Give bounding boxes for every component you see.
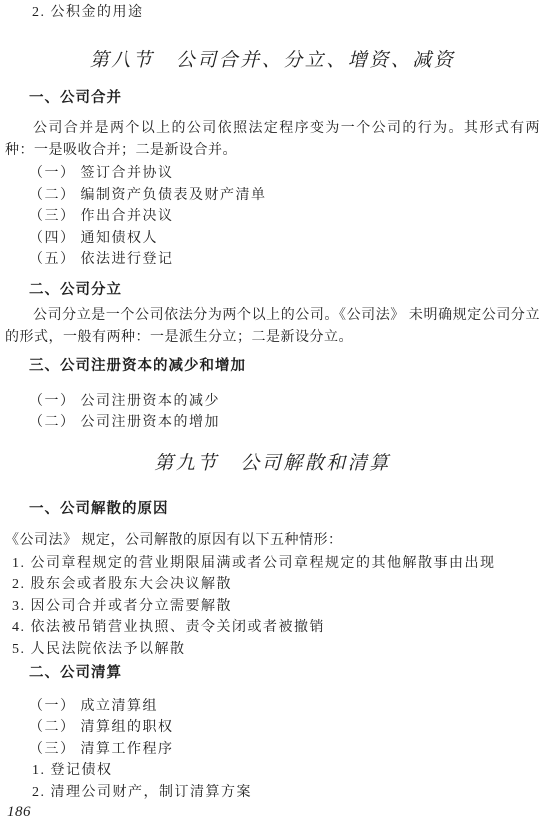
list-item: （二） 清算组的职权	[5, 717, 540, 739]
subsection-heading-dissolution: 一、公司解散的原因	[5, 499, 540, 521]
numbered-sub-item: 2. 清理公司财产，制订清算方案	[5, 782, 540, 804]
list-item: （三） 清算工作程序	[5, 739, 540, 761]
section-9-title: 第九节 公司解散和清算	[5, 451, 540, 477]
leading-list-item: 2. 公积金的用途	[5, 2, 540, 24]
liquidation-list: （一） 成立清算组 （二） 清算组的职权 （三） 清算工作程序 1. 登记债权 …	[5, 696, 540, 804]
dissolution-causes-list: 1. 公司章程规定的营业期限届满或者公司章程规定的其他解散事由出现 2. 股东会…	[5, 553, 540, 661]
subsection-heading-merger: 一、公司合并	[5, 88, 540, 110]
list-item: （一） 签订合并协议	[5, 163, 540, 185]
list-item: （五） 依法进行登记	[5, 249, 540, 271]
section-8-title: 第八节 公司合并、分立、增资、减资	[5, 48, 540, 74]
paragraph-merger: 公司合并是两个以上的公司依照法定程序变为一个公司的行为。其形式有两种：一是吸收合…	[5, 118, 540, 161]
numbered-item: 2. 股东会或者股东大会决议解散	[5, 574, 540, 596]
numbered-item: 4. 依法被吊销营业执照、责令关闭或者被撤销	[5, 617, 540, 639]
list-item: （二） 编制资产负债表及财产清单	[5, 185, 540, 207]
subsection-heading-liquidation: 二、公司清算	[5, 663, 540, 685]
merger-steps-list: （一） 签订合并协议 （二） 编制资产负债表及财产清单 （三） 作出合并决议 （…	[5, 163, 540, 271]
paragraph-dissolution: 《公司法》 规定，公司解散的原因有以下五种情形：	[5, 530, 540, 552]
numbered-item: 1. 公司章程规定的营业期限届满或者公司章程规定的其他解散事由出现	[5, 553, 540, 575]
page-number: 186	[5, 802, 540, 823]
list-item: （一） 成立清算组	[5, 696, 540, 718]
capital-list: （一） 公司注册资本的减少 （二） 公司注册资本的增加	[5, 391, 540, 434]
list-item: （一） 公司注册资本的减少	[5, 391, 540, 413]
textbook-page: 2. 公积金的用途 第八节 公司合并、分立、增资、减资 一、公司合并 公司合并是…	[0, 0, 543, 826]
subsection-heading-capital: 三、公司注册资本的减少和增加	[5, 356, 540, 378]
list-item: （三） 作出合并决议	[5, 206, 540, 228]
numbered-item: 5. 人民法院依法予以解散	[5, 639, 540, 661]
list-item: （二） 公司注册资本的增加	[5, 412, 540, 434]
list-item: （四） 通知债权人	[5, 228, 540, 250]
numbered-item: 3. 因公司合并或者分立需要解散	[5, 596, 540, 618]
subsection-heading-division: 二、公司分立	[5, 280, 540, 302]
numbered-sub-item: 1. 登记债权	[5, 760, 540, 782]
paragraph-division: 公司分立是一个公司依法分为两个以上的公司。《公司法》 未明确规定公司分立的形式，…	[5, 305, 540, 348]
